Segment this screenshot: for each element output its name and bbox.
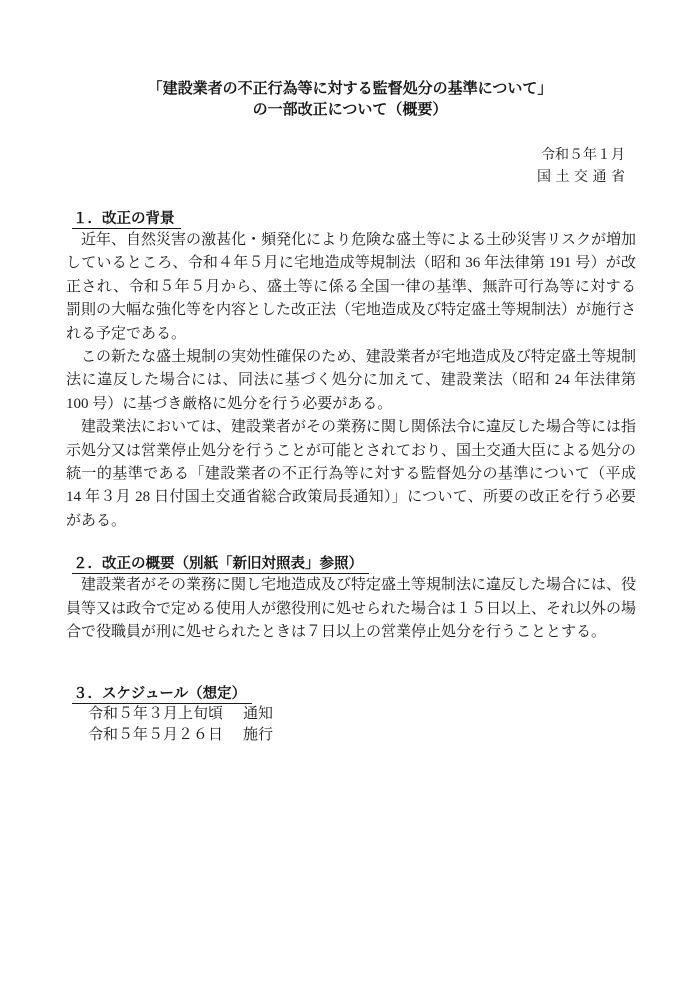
background-paragraph-1: 近年、自然災害の激甚化・頻発化により危険な盛土等による土砂災害リスクが増加してい… [66, 229, 636, 346]
section-heading-2-text: ２．改正の概要（別紙「新旧対照表」参照） [72, 556, 369, 574]
schedule-date-enforcement: 令和５年５月２６日 [88, 727, 223, 743]
background-paragraph-3: 建設業法においては、建設業者がその業務に関し関係法令に違反した場合等には指示処分… [66, 416, 636, 533]
document-page: 「建設業者の不正行為等に対する監督処分の基準について」 の一部改正について（概要… [0, 0, 700, 996]
section-schedule: ３．スケジュール（想定） 令和５年３月上旬頃通知 令和５年５月２６日施行 [66, 686, 636, 747]
section-revision-background: １．改正の背景 近年、自然災害の激甚化・頻発化により危険な盛土等による土砂災害リ… [66, 211, 636, 533]
section-heading-3-text: ３．スケジュール（想定） [72, 686, 252, 704]
schedule-event-notice: 通知 [243, 706, 273, 722]
section-heading-1-text: １．改正の背景 [72, 211, 181, 229]
title-line-1: 「建設業者の不正行為等に対する監督処分の基準について」 [0, 78, 700, 99]
document-meta: 令和５年１月 国土交通省 [0, 144, 700, 187]
title-line-2: の一部改正について（概要） [0, 99, 700, 120]
schedule-event-enforcement: 施行 [243, 727, 273, 743]
background-paragraph-2: この新たな盛土規制の実効性確保のため、建設業者が宅地造成及び特定盛土等規制法に違… [66, 346, 636, 416]
organization-name: 国土交通省 [0, 166, 630, 188]
document-title: 「建設業者の不正行為等に対する監督処分の基準について」 の一部改正について（概要… [0, 0, 700, 120]
document-date: 令和５年１月 [0, 144, 625, 166]
section-revision-overview: ２．改正の概要（別紙「新旧対照表」参照） 建設業者がその業務に関し宅地造成及び特… [66, 556, 636, 644]
schedule-row-notice: 令和５年３月上旬頃通知 [66, 704, 636, 726]
schedule-date-notice: 令和５年３月上旬頃 [88, 706, 223, 722]
section-heading-2: ２．改正の概要（別紙「新旧対照表」参照） [73, 556, 636, 574]
overview-paragraph-1: 建設業者がその業務に関し宅地造成及び特定盛土等規制法に違反した場合には、役員等又… [66, 574, 636, 644]
section-heading-1: １．改正の背景 [73, 211, 636, 229]
document-body: １．改正の背景 近年、自然災害の激甚化・頻発化により危険な盛土等による土砂災害リ… [0, 211, 700, 747]
section-heading-3: ３．スケジュール（想定） [73, 686, 636, 704]
schedule-row-enforcement: 令和５年５月２６日施行 [66, 725, 636, 747]
